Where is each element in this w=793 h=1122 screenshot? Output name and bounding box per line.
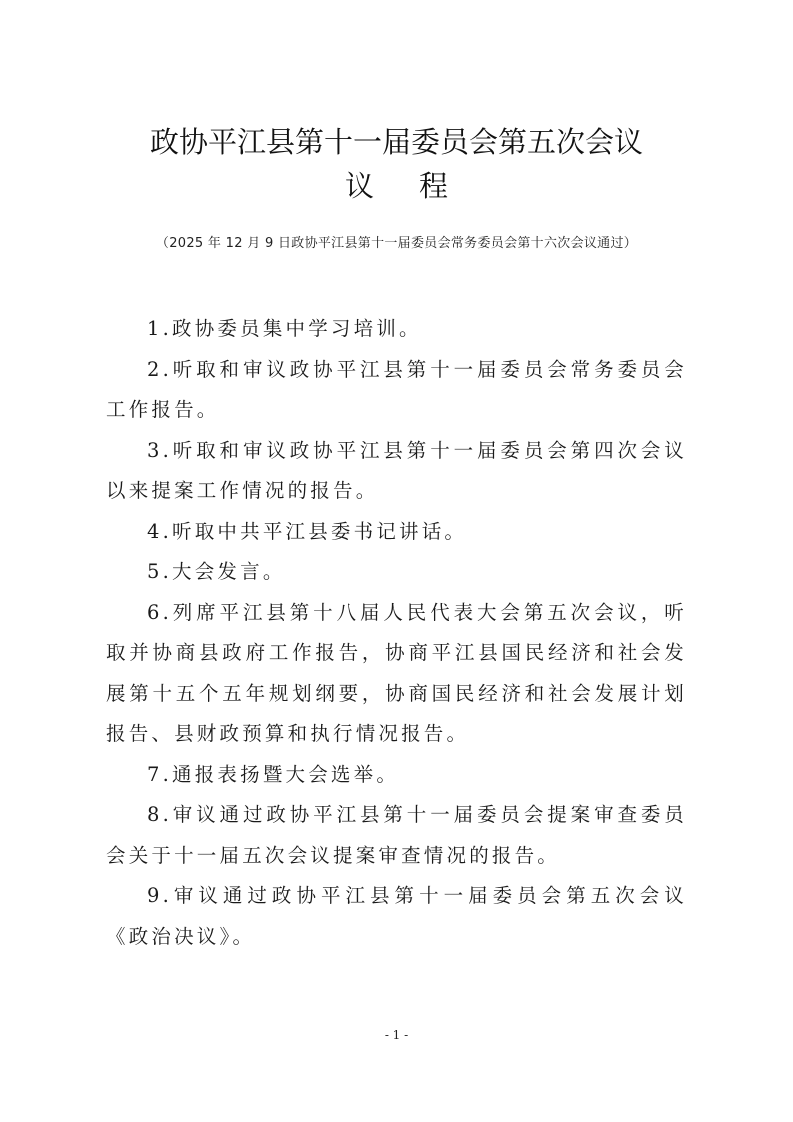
approval-note: （2025 年 12 月 9 日政协平江县第十一届委员会常务委员会第十六次会议通… (0, 234, 793, 254)
agenda-item-number: 9. (147, 884, 172, 907)
agenda-item-number: 8. (147, 803, 172, 826)
agenda-item: 1.政协委员集中学习培训。 (106, 309, 687, 350)
agenda-item: 8.审议通过政协平江县第十一届委员会提案审查委员会关于十一届五次会议提案审查情况… (106, 795, 687, 876)
agenda-item: 2.听取和审议政协平江县第十一届委员会常务委员会工作报告。 (106, 350, 687, 431)
agenda-item-number: 5. (147, 560, 172, 583)
agenda-item: 3.听取和审议政协平江县第十一届委员会第四次会议以来提案工作情况的报告。 (106, 431, 687, 512)
agenda-item-text: 审议通过政协平江县第十一届委员会第五次会议《政治决议》。 (106, 884, 687, 948)
agenda-item-text: 列席平江县第十八届人民代表大会第五次会议，听取并协商县政府工作报告，协商平江县国… (106, 601, 687, 746)
agenda-list: 1.政协委员集中学习培训。 2.听取和审议政协平江县第十一届委员会常务委员会工作… (106, 309, 687, 957)
agenda-item: 6.列席平江县第十八届人民代表大会第五次会议，听取并协商县政府工作报告，协商平江… (106, 593, 687, 755)
document-subtitle: 议程 (0, 166, 793, 206)
agenda-item-number: 7. (147, 763, 172, 786)
agenda-item-number: 6. (147, 601, 172, 624)
document-title: 政协平江县第十一届委员会第五次会议 (0, 122, 793, 162)
agenda-item-text: 政协委员集中学习培训。 (172, 317, 422, 340)
agenda-item-number: 1. (147, 317, 172, 340)
agenda-item-number: 2. (147, 358, 172, 381)
page-number: - 1 - (0, 1028, 793, 1042)
agenda-item-number: 3. (147, 439, 172, 462)
agenda-item-text: 听取和审议政协平江县第十一届委员会常务委员会工作报告。 (106, 358, 687, 422)
agenda-item: 9.审议通过政协平江县第十一届委员会第五次会议《政治决议》。 (106, 876, 687, 957)
agenda-item-text: 听取中共平江县委书记讲话。 (172, 520, 467, 543)
agenda-item-text: 通报表扬暨大会选举。 (172, 763, 399, 786)
agenda-item-text: 大会发言。 (172, 560, 286, 583)
agenda-item-number: 4. (147, 520, 172, 543)
subtitle-char-1: 议 (345, 166, 374, 206)
agenda-item-text: 审议通过政协平江县第十一届委员会提案审查委员会关于十一届五次会议提案审查情况的报… (106, 803, 687, 867)
agenda-item: 5.大会发言。 (106, 552, 687, 593)
agenda-item: 7.通报表扬暨大会选举。 (106, 755, 687, 796)
agenda-item: 4.听取中共平江县委书记讲话。 (106, 512, 687, 553)
subtitle-char-2: 程 (419, 166, 448, 206)
agenda-item-text: 听取和审议政协平江县第十一届委员会第四次会议以来提案工作情况的报告。 (106, 439, 687, 503)
